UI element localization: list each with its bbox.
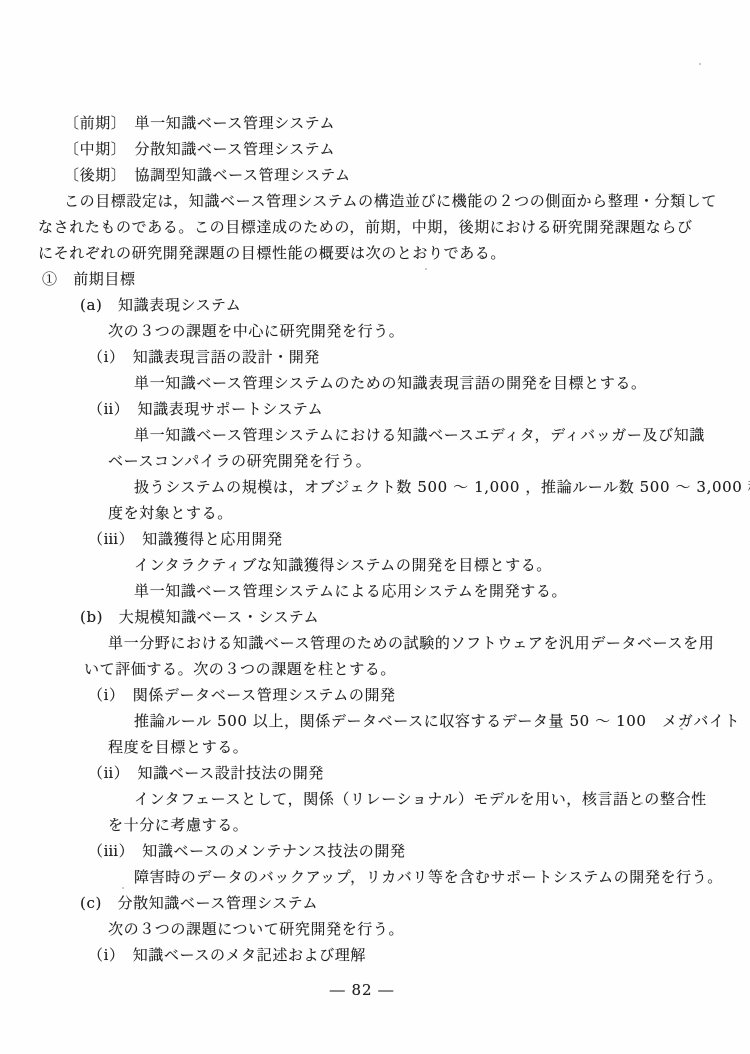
text-line: ベースコンパイラの研究開発を行う。: [0, 448, 750, 474]
text-line: 次の３つの課題を中心に研究開発を行う。: [0, 318, 750, 344]
text-line: 推論ルール 500 以上，関係データベースに収容するデータ量 50 ～ 100 …: [0, 708, 750, 734]
text-line: 次の３つの課題について研究開発を行う。: [0, 916, 750, 942]
text-line: この目標設定は，知識ベース管理システムの構造並びに機能の２つの側面から整理・分類…: [0, 188, 750, 214]
text-line: （ⅲ） 知識獲得と応用開発: [0, 526, 750, 552]
text-line: （ⅰ） 知識ベースのメタ記述および理解: [0, 942, 750, 968]
text-line: 〔中期〕 分散知識ベース管理システム: [0, 136, 750, 162]
page-number: ― 82 ―: [0, 978, 724, 1002]
text-line: ① 前期目標: [0, 266, 750, 292]
scan-speck: [680, 728, 683, 730]
text-line: (b) 大規模知識ベース・システム: [0, 604, 750, 630]
text-line: インタラクティブな知識獲得システムの開発を目標とする。: [0, 552, 750, 578]
scan-speck: [425, 268, 427, 270]
text-line: インタフェースとして，関係（リレーショナル）モデルを用い，核言語との整合性: [0, 786, 750, 812]
document-body: 〔前期〕 単一知識ベース管理システム〔中期〕 分散知識ベース管理システム〔後期〕…: [0, 110, 750, 968]
text-line: (c) 分散知識ベース管理システム: [0, 890, 750, 916]
text-line: （ⅱ） 知識表現サポートシステム: [0, 396, 750, 422]
scan-speck: [640, 802, 643, 804]
text-line: （ⅱ） 知識ベース設計技法の開発: [0, 760, 750, 786]
text-line: 単一知識ベース管理システムのための知識表現言語の開発を目標とする。: [0, 370, 750, 396]
text-line: を十分に考慮する。: [0, 812, 750, 838]
text-line: 障害時のデータのバックアップ，リカバリ等を含むサポートシステムの開発を行う。: [0, 864, 750, 890]
text-line: 〔後期〕 協調型知識ベース管理システム: [0, 162, 750, 188]
scan-speck: [699, 63, 701, 65]
text-line: 扱うシステムの規模は，オブジェクト数 500 ～ 1,000 ，推論ルール数 5…: [0, 474, 750, 500]
text-line: なされたものである。この目標達成のための，前期，中期，後期における研究開発課題な…: [0, 214, 750, 240]
document-page: 〔前期〕 単一知識ベース管理システム〔中期〕 分散知識ベース管理システム〔後期〕…: [0, 0, 750, 1054]
scan-speck: [122, 887, 124, 889]
text-line: にそれぞれの研究開発課題の目標性能の概要は次のとおりである。: [0, 240, 750, 266]
text-line: (a) 知識表現システム: [0, 292, 750, 318]
text-line: いて評価する。次の３つの課題を柱とする。: [0, 656, 750, 682]
text-line: 単一知識ベース管理システムによる応用システムを開発する。: [0, 578, 750, 604]
text-line: 程度を目標とする。: [0, 734, 750, 760]
text-line: 〔前期〕 単一知識ベース管理システム: [0, 110, 750, 136]
text-line: （ⅲ） 知識ベースのメンテナンス技法の開発: [0, 838, 750, 864]
text-line: （ⅰ） 関係データベース管理システムの開発: [0, 682, 750, 708]
text-line: 単一知識ベース管理システムにおける知識ベースエディタ，ディバッガー及び知識: [0, 422, 750, 448]
text-line: 度を対象とする。: [0, 500, 750, 526]
text-line: （ⅰ） 知識表現言語の設計・開発: [0, 344, 750, 370]
text-line: 単一分野における知識ベース管理のための試験的ソフトウェアを汎用データベースを用: [0, 630, 750, 656]
